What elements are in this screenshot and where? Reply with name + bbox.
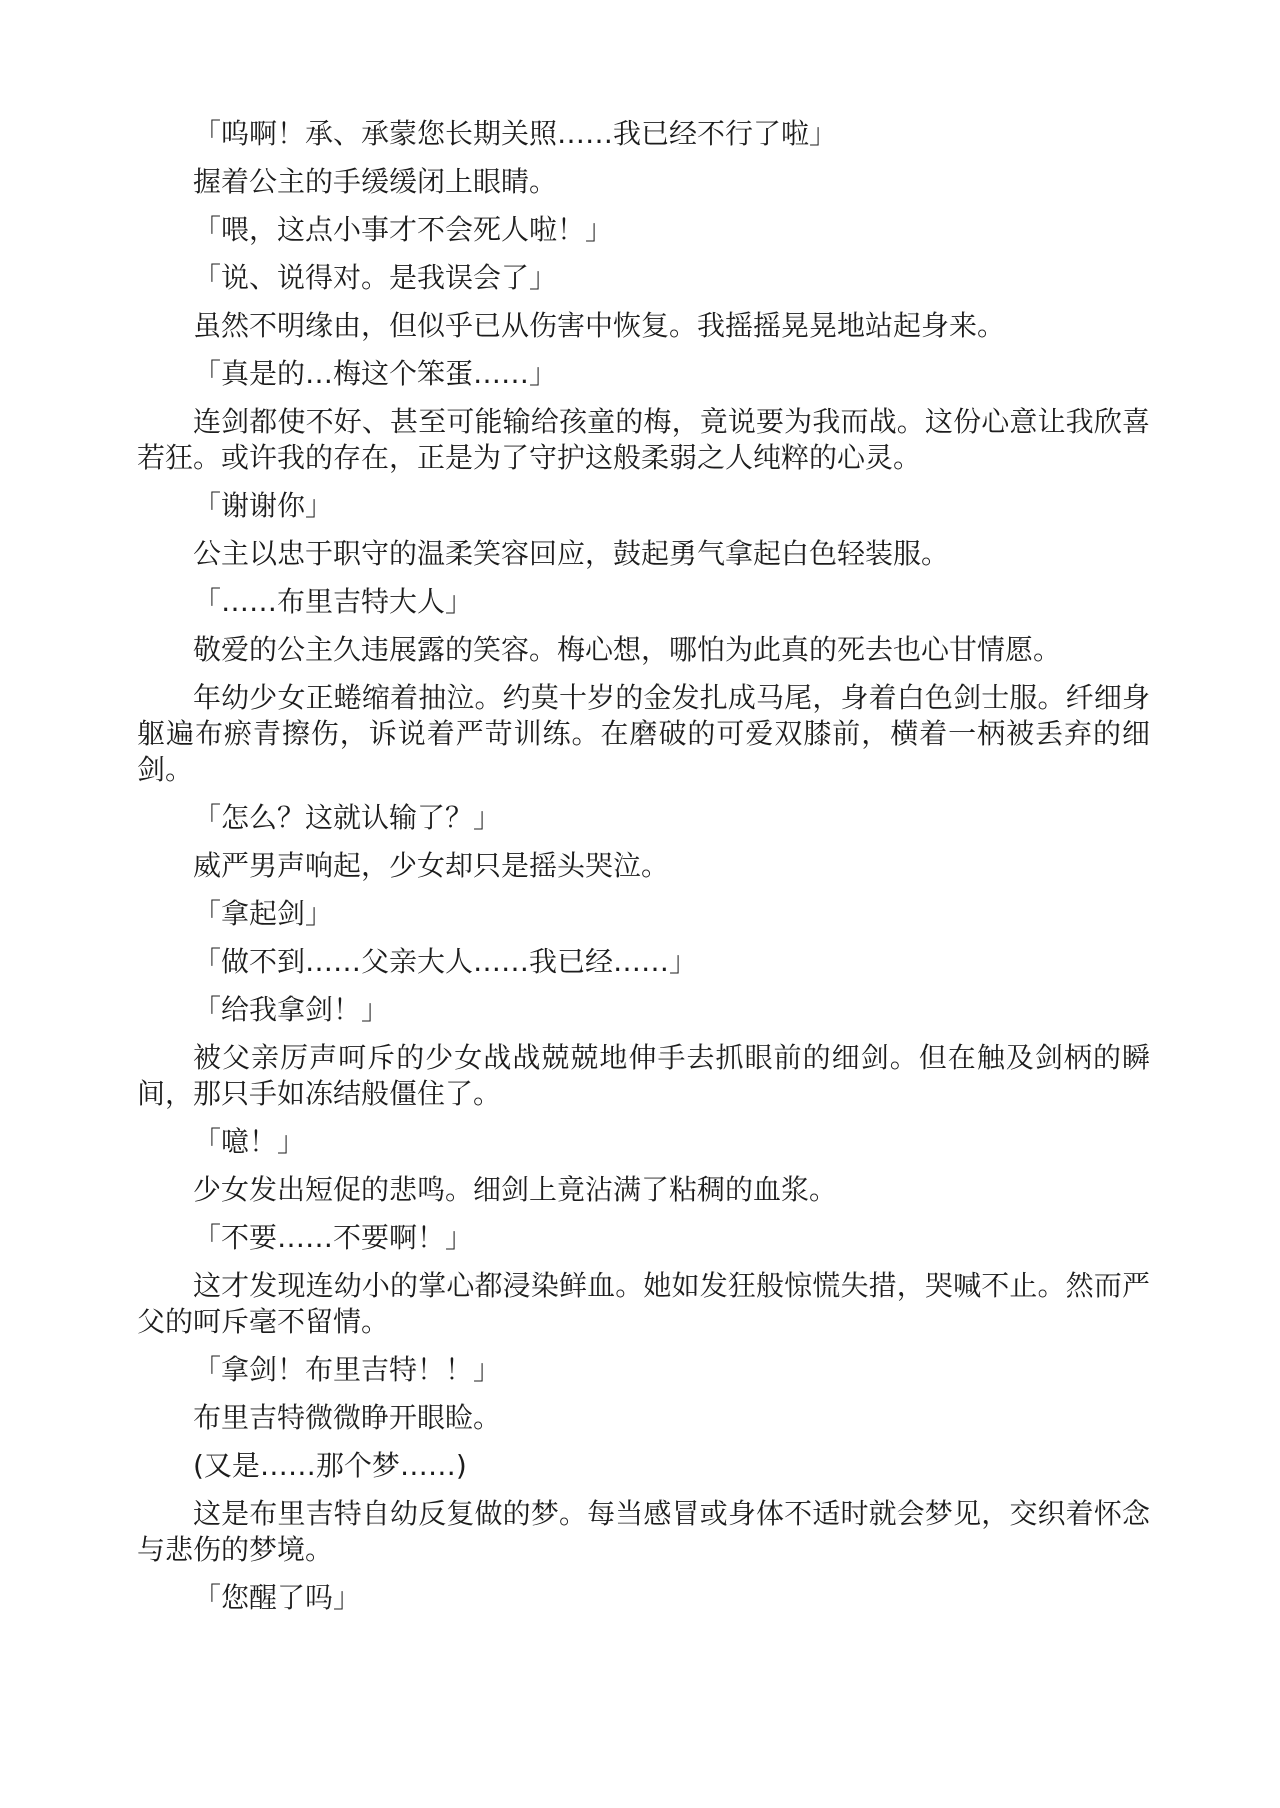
narration-paragraph: 公主以忠于职守的温柔笑容回应，鼓起勇气拿起白色轻装服。	[137, 536, 1150, 572]
narration-paragraph: 连剑都使不好、甚至可能输给孩童的梅，竟说要为我而战。这份心意让我欣喜若狂。或许我…	[137, 404, 1150, 476]
dialogue-paragraph: 「给我拿剑！」	[137, 992, 1150, 1028]
narration-paragraph: 威严男声响起，少女却只是摇头哭泣。	[137, 848, 1150, 884]
narration-paragraph: 布里吉特微微睁开眼睑。	[137, 1400, 1150, 1436]
dialogue-paragraph: 「喂，这点小事才不会死人啦！」	[137, 212, 1150, 248]
dialogue-paragraph: 「噫！」	[137, 1124, 1150, 1160]
novel-page: 「呜啊！承、承蒙您长期关照……我已经不行了啦」 握着公主的手缓缓闭上眼睛。 「喂…	[0, 0, 1280, 1808]
dialogue-paragraph: 「拿剑！布里吉特！！」	[137, 1352, 1150, 1388]
dialogue-paragraph: 「不要……不要啊！」	[137, 1220, 1150, 1256]
dialogue-paragraph: 「呜啊！承、承蒙您长期关照……我已经不行了啦」	[137, 116, 1150, 152]
monologue-paragraph: (又是……那个梦……)	[137, 1448, 1150, 1484]
dialogue-paragraph: 「您醒了吗」	[137, 1580, 1150, 1616]
narration-paragraph: 敬爱的公主久违展露的笑容。梅心想，哪怕为此真的死去也心甘情愿。	[137, 632, 1150, 668]
dialogue-paragraph: 「……布里吉特大人」	[137, 584, 1150, 620]
narration-paragraph: 虽然不明缘由，但似乎已从伤害中恢复。我摇摇晃晃地站起身来。	[137, 308, 1150, 344]
narration-paragraph: 年幼少女正蜷缩着抽泣。约莫十岁的金发扎成马尾，身着白色剑士服。纤细身躯遍布瘀青擦…	[137, 680, 1150, 788]
dialogue-paragraph: 「真是的…梅这个笨蛋……」	[137, 356, 1150, 392]
narration-paragraph: 握着公主的手缓缓闭上眼睛。	[137, 164, 1150, 200]
dialogue-paragraph: 「谢谢你」	[137, 488, 1150, 524]
dialogue-paragraph: 「说、说得对。是我误会了」	[137, 260, 1150, 296]
narration-paragraph: 这才发现连幼小的掌心都浸染鲜血。她如发狂般惊慌失措，哭喊不止。然而严父的呵斥毫不…	[137, 1268, 1150, 1340]
dialogue-paragraph: 「做不到……父亲大人……我已经……」	[137, 944, 1150, 980]
dialogue-paragraph: 「拿起剑」	[137, 896, 1150, 932]
narration-paragraph: 被父亲厉声呵斥的少女战战兢兢地伸手去抓眼前的细剑。但在触及剑柄的瞬间，那只手如冻…	[137, 1040, 1150, 1112]
narration-paragraph: 少女发出短促的悲鸣。细剑上竟沾满了粘稠的血浆。	[137, 1172, 1150, 1208]
narration-paragraph: 这是布里吉特自幼反复做的梦。每当感冒或身体不适时就会梦见，交织着怀念与悲伤的梦境…	[137, 1496, 1150, 1568]
dialogue-paragraph: 「怎么？这就认输了？」	[137, 800, 1150, 836]
